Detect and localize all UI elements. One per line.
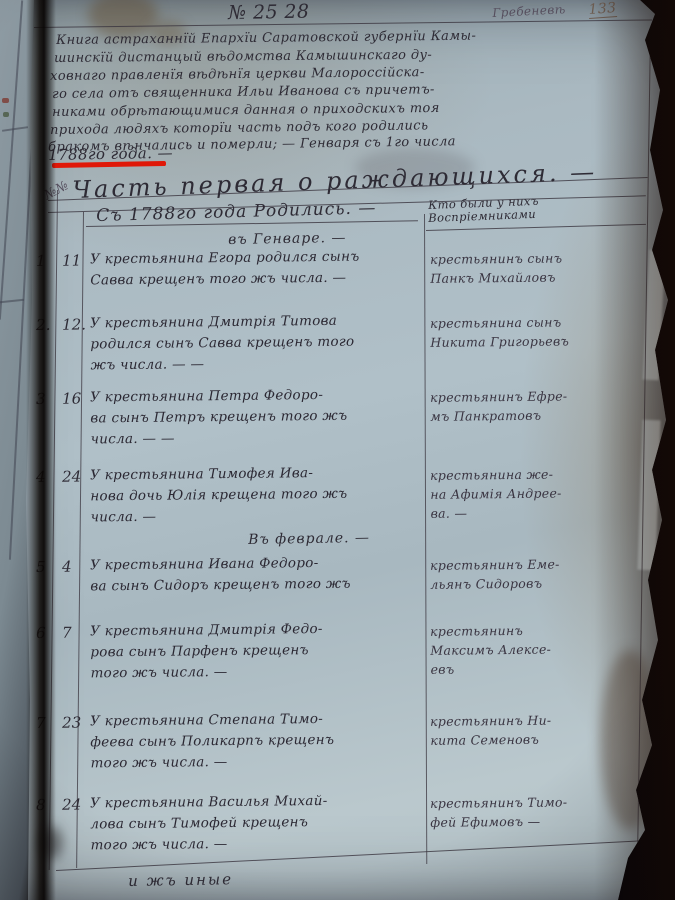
- godparent-line: крестьянинъ сынъ: [430, 248, 646, 269]
- godparents-entry: крестьянинъ Ефре- мъ Панкратовъ: [430, 386, 646, 426]
- row-day: 12.: [62, 315, 86, 333]
- table-row: 3 16 У крестьянина Петра Федоро- ва сынъ…: [36, 382, 648, 388]
- entry-line: жъ числа. — —: [90, 352, 426, 377]
- header-line: Книга астраханнїй Епархїи Саратовской гу…: [56, 29, 476, 48]
- godparents-entry: крестьянинъ Ни- кита Семеновъ: [430, 710, 646, 750]
- row-day: 4: [62, 558, 72, 576]
- column-header-godparents-line2: Воспріемниками: [428, 207, 536, 225]
- birth-entry: У крестьянина Ивана Федоро- ва сынъ Сидо…: [90, 552, 426, 598]
- godparent-line: Максимъ Алексе-: [430, 639, 646, 660]
- sheet-number: № 25 28: [228, 1, 310, 24]
- godparent-line: льянъ Сидоровъ: [430, 573, 646, 594]
- header-line: никами обрѣтающимися данная о приходских…: [52, 101, 440, 120]
- godparent-line: крестьянинъ Ни-: [430, 710, 646, 731]
- godparent-line: Панкъ Михайловъ: [430, 267, 646, 288]
- godparents-entry: крестьянинъ Еме- льянъ Сидоровъ: [430, 554, 646, 594]
- header-line: ховнаго правленїя вѣдѣнїя церкви Малорос…: [50, 65, 425, 84]
- facing-page-mark: [3, 112, 9, 117]
- corner-note: Гребеневѣ: [492, 2, 566, 20]
- binding-gutter-shadow: [26, 0, 56, 900]
- header-line: шинскїй дистанцый вѣдомства Камышинскаго…: [54, 48, 432, 66]
- entry-line: того жъ числа. —: [90, 750, 426, 775]
- entry-line: Савва крещенъ того жъ числа. —: [90, 267, 426, 292]
- facing-page-rule: [2, 126, 28, 132]
- godparent-line: крестьянинъ: [430, 620, 646, 641]
- header-underline-right: [426, 224, 646, 232]
- table-row: 7 23 У крестьянина Степана Тимо- феева с…: [36, 706, 648, 712]
- facing-page-rule: [0, 0, 23, 319]
- month-heading-february: Въ феврале. —: [248, 530, 370, 548]
- entry-line: числа. —: [90, 504, 426, 529]
- row-day: 7: [62, 624, 72, 642]
- birth-entry: У крестьянина Дмитрія Титова родился сын…: [90, 310, 427, 377]
- birth-entry: У крестьянина Тимофея Ива- нова дочь Юлі…: [90, 462, 427, 529]
- top-rule: [34, 19, 652, 28]
- godparent-line: ва. —: [430, 502, 646, 523]
- table-row: 2. 12. У крестьянина Дмитрія Титова роди…: [36, 308, 648, 314]
- birth-entry: У крестьянина Степана Тимо- феева сынъ П…: [90, 708, 427, 775]
- folio-page-number: 133: [588, 0, 617, 19]
- day-column-rule: [76, 212, 84, 868]
- entry-line: ва сынъ Сидоръ крещенъ того жъ: [90, 573, 426, 598]
- row-day: 24: [62, 468, 81, 486]
- godparent-line: на Афимія Андрее-: [430, 483, 646, 504]
- entry-line: числа. — —: [90, 426, 426, 451]
- row-day: 11: [62, 252, 81, 270]
- godparent-line: кита Семеновъ: [430, 729, 646, 750]
- month-heading-january: въ Генваре. —: [228, 230, 347, 248]
- birth-entry: У крестьянина Василья Михай- лова сынъ Т…: [90, 790, 427, 857]
- godparent-line: крестьянина сынъ: [430, 312, 646, 333]
- catchword: и жъ иные: [128, 870, 233, 890]
- godparents-entry: крестьянинъ Максимъ Алексе- евъ: [430, 620, 647, 679]
- photographed-register-page: № 25 28 Гребеневѣ 133 Книга астраханнїй …: [0, 0, 675, 900]
- birth-entry: У крестьянина Дмитрія Федо- рова сынъ Па…: [90, 618, 427, 685]
- header-line: го села отъ священника Ильи Иванова съ п…: [52, 82, 435, 102]
- row-day: 16: [62, 390, 81, 408]
- godparent-line: крестьянинъ Еме-: [430, 554, 646, 575]
- godparents-entry: крестьянина же- на Афимія Андрее- ва. —: [430, 464, 647, 523]
- godparent-line: евъ: [430, 658, 646, 679]
- facing-page-rule: [0, 299, 24, 303]
- godparent-line: фей Ефимовъ —: [430, 811, 646, 832]
- godparents-entry: крестьянинъ сынъ Панкъ Михайловъ: [430, 248, 646, 288]
- birth-entry: У крестьянина Егора родился сынъ Савва к…: [90, 246, 426, 292]
- godparent-line: крестьянина же-: [430, 464, 646, 485]
- godparents-entry: крестьянинъ Тимо- фей Ефимовъ —: [430, 792, 646, 832]
- entry-line: того жъ числа. —: [90, 660, 426, 685]
- godparent-line: Никита Григорьевъ: [430, 331, 646, 352]
- table-row: 6 7 У крестьянина Дмитрія Федо- рова сын…: [36, 616, 648, 622]
- table-row: 4 24 У крестьянина Тимофея Ива- нова доч…: [36, 460, 648, 466]
- row-day: 23: [62, 714, 81, 732]
- row-day: 24: [62, 796, 81, 814]
- table-row: 8 24 У крестьянина Василья Михай- лова с…: [36, 788, 648, 794]
- table-row: 5 4 У крестьянина Ивана Федоро- ва сынъ …: [36, 550, 648, 556]
- godparent-line: мъ Панкратовъ: [430, 405, 646, 426]
- godparent-line: крестьянинъ Тимо-: [430, 792, 646, 813]
- facing-page-mark: [2, 98, 9, 103]
- godparents-entry: крестьянина сынъ Никита Григорьевъ: [430, 312, 646, 352]
- godparent-line: крестьянинъ Ефре-: [430, 386, 646, 407]
- birth-entry: У крестьянина Петра Федоро- ва сынъ Петр…: [90, 384, 427, 451]
- register-page-paper: № 25 28 Гребеневѣ 133 Книга астраханнїй …: [0, 0, 675, 900]
- red-underline-mark: [52, 161, 166, 168]
